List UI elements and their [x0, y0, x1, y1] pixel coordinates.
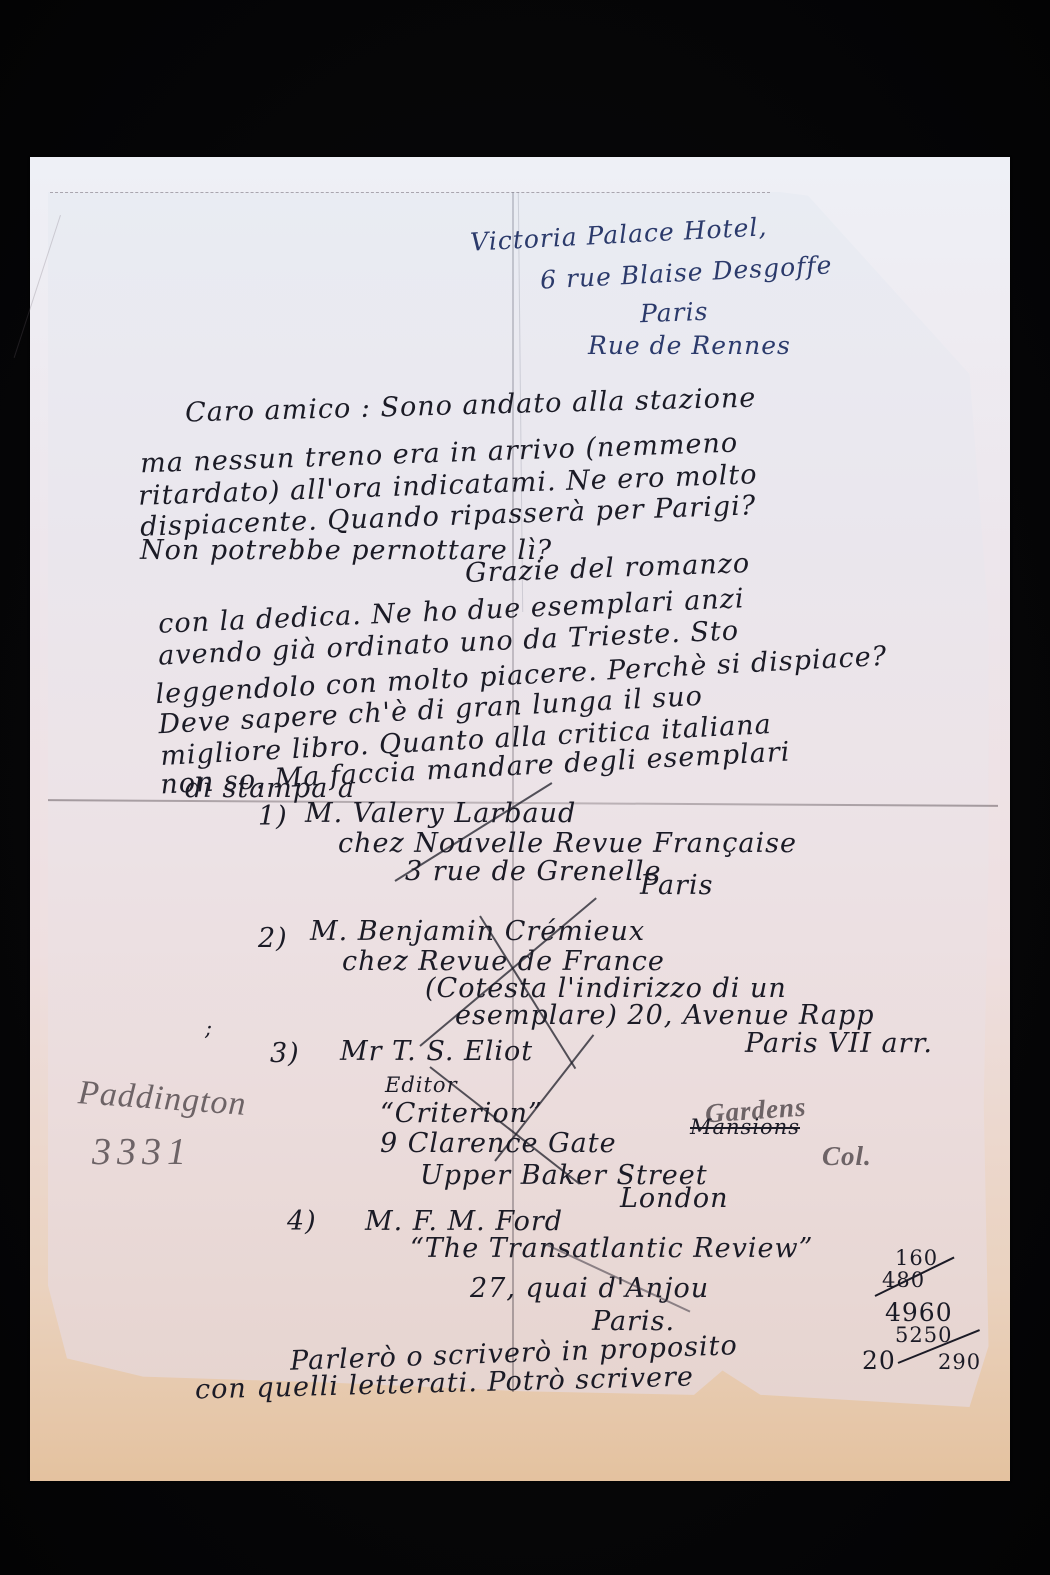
letter-top-edge	[50, 192, 770, 194]
address-2-line-3: (Cotesta l'indirizzo di un	[425, 975, 787, 1002]
address-4-name: M. F. M. Ford	[365, 1208, 563, 1235]
address-2-line-4: esemplare) 20, Avenue Rapp	[455, 1002, 875, 1029]
margin-note-line-2: 3331	[92, 1133, 192, 1171]
address-3-name: Mr T. S. Eliot	[340, 1038, 533, 1065]
address-4-line-4: Paris.	[592, 1308, 675, 1335]
address-4-line-2: “The Transatlantic Review”	[410, 1235, 813, 1262]
address-1-number: 1)	[258, 803, 288, 830]
address-3-line-3: “Criterion”	[380, 1100, 543, 1127]
calc-line-6: 290	[938, 1352, 981, 1373]
address-3-number: 3)	[270, 1040, 300, 1067]
stray-ink-mark: ;	[205, 1018, 213, 1039]
address-1-line-4: Paris	[640, 872, 713, 899]
address-4-number: 4)	[287, 1208, 317, 1235]
calc-line-3: 4960	[885, 1300, 953, 1325]
calc-line-4: 20	[862, 1348, 896, 1373]
address-1-name: M. Valery Larbaud	[305, 800, 576, 827]
address-2-name: M. Benjamin Crémieux	[310, 918, 645, 945]
address-line-city: Paris	[640, 299, 709, 326]
address-1-line-3: 3 rue de Grenelle	[405, 858, 662, 885]
address-1-line-2: chez Nouvelle Revue Française	[338, 830, 797, 857]
address-3-margin-suffix: Col.	[822, 1143, 872, 1170]
address-4-line-3: 27, quai d'Anjou	[470, 1275, 709, 1302]
address-2-line-5: Paris VII arr.	[745, 1030, 933, 1057]
address-2-number: 2)	[258, 925, 288, 952]
address-3-line-6: London	[620, 1185, 729, 1212]
address-line-note: Rue de Rennes	[588, 333, 791, 358]
address-3-struck-word: Mansions	[690, 1117, 800, 1138]
